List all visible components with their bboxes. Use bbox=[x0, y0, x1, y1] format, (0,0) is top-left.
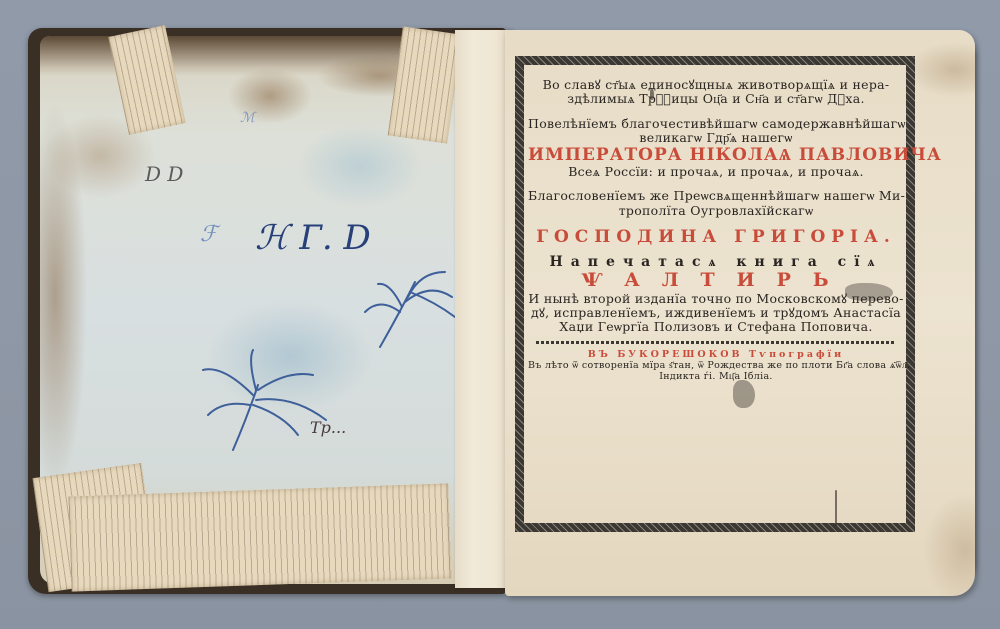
open-book: D D ℳ ℱ ℋ Г. D Тр... Во славꙋ ст҃ыѧ bbox=[0, 0, 1000, 629]
title-line: Во славꙋ ст҃ыѧ единосꙋщныѧ животворѧщїѧ … bbox=[528, 78, 904, 92]
title-line: великагѡ Гдр҃ѧ нашегѡ bbox=[528, 131, 904, 145]
plant-drawing-icon bbox=[198, 345, 333, 455]
ink-line bbox=[835, 490, 837, 526]
emperor-name: ИМПЕРАТОРА НІКОЛАѦ ПАВЛОВИЧА bbox=[528, 146, 904, 166]
title-line: Хаџи Геѡргїа Полизовъ и Стефана Поповича… bbox=[528, 320, 904, 334]
metropolitan-name: ГОСПОДИНА ГРИГОРІА. bbox=[528, 228, 904, 248]
divider bbox=[536, 341, 896, 344]
title-text-block: Во славꙋ ст҃ыѧ единосꙋщныѧ животворѧщїѧ … bbox=[528, 78, 904, 383]
title-line: Напечатасѧ книга сїѧ bbox=[528, 254, 904, 270]
title-line: здѣлимыѧ Трⷪ҇ицы Оц҃а и Сн҃а и ст҃агѡ Дꙋ… bbox=[528, 92, 904, 106]
handwritten-monogram: ℋ Г. D bbox=[255, 218, 371, 258]
ink-stain bbox=[733, 380, 755, 408]
newspaper-patch bbox=[68, 483, 451, 591]
handwritten-letters: D D bbox=[145, 162, 183, 186]
ink-mark bbox=[650, 88, 654, 100]
title-line: Благословенїемъ же Преѡсвѧщеннѣйшагѡ наш… bbox=[528, 189, 904, 203]
title-line: дꙋ, исправленїемъ, иждивенїемъ и трꙋдомъ… bbox=[528, 306, 904, 320]
title-line: трополїта Оугровлахїйскагѡ bbox=[528, 204, 904, 218]
handwritten-flourish: ℱ bbox=[200, 222, 217, 247]
date-line: Індикта ѓі. Мц҃а Ібліа. bbox=[528, 372, 904, 383]
date-line: Въ лѣто ѿ сотворенїа мїра ѕ҃тан, ѿ Рожде… bbox=[528, 361, 904, 372]
plant-drawing-icon bbox=[360, 262, 460, 352]
ink-stain bbox=[845, 283, 893, 301]
title-line: Повелѣнїемъ благочестивѣйшагѡ самодержав… bbox=[528, 117, 904, 131]
handwritten-mark: ℳ bbox=[240, 110, 255, 126]
title-line: Всеѧ Россїи: и прочаѧ, и прочаѧ, и проча… bbox=[528, 165, 904, 179]
